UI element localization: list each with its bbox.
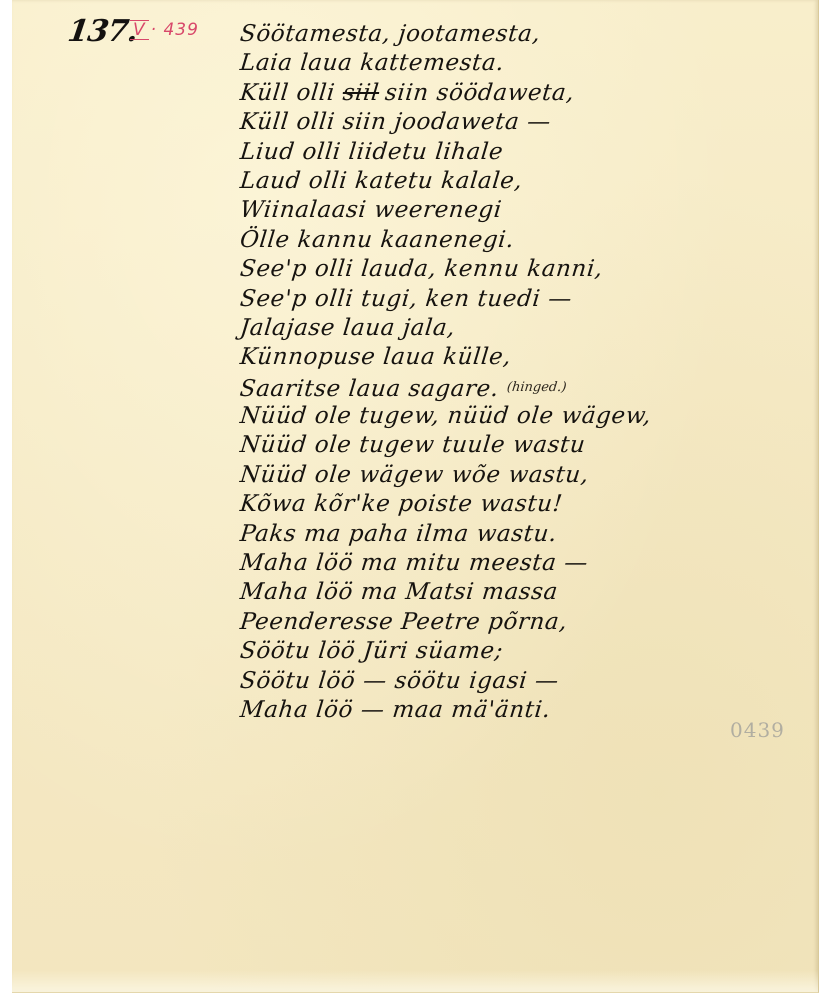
poem-line: Laia laua kattemesta.: [238, 49, 801, 78]
poem-line: Künnopuse laua külle,: [238, 343, 801, 372]
poem-line: Küll olli siin joodaweta —: [238, 108, 801, 137]
poem-line: See'p olli tugi, ken tuedi —: [238, 285, 801, 314]
paper-edge: [12, 970, 818, 992]
poem-line: Söötamesta, jootamesta,: [238, 20, 801, 49]
archive-reference-volume: V: [130, 20, 149, 40]
poem-line: Jalajase laua jala,: [238, 314, 801, 343]
archive-reference: V· 439: [130, 20, 199, 40]
poem-line: Kõwa kõr'ke poiste wastu!: [238, 490, 801, 519]
poem-line: Küll olli siilsiin söödaweta,: [238, 79, 801, 108]
folio-number: 137.: [66, 14, 140, 49]
poem-line: Maha löö — maa mä'änti.: [238, 696, 801, 725]
poem-line: Wiinalaasi weerenegi: [238, 196, 801, 225]
manuscript-page: 137. V· 439 Söötamesta, jootamesta, Laia…: [12, 0, 819, 993]
archive-reference-number: 439: [163, 20, 198, 40]
poem-line: Söötu löö Jüri süame;: [238, 637, 801, 666]
margin-note: (hinged.): [506, 380, 567, 395]
poem-line: Ölle kannu kaanenegi.: [238, 226, 801, 255]
archive-stamp: 0439: [730, 718, 785, 742]
poem-line: Paks ma paha ilma wastu.: [238, 520, 801, 549]
archive-reference-separator: ·: [151, 20, 157, 40]
poem-line: See'p olli lauda, kennu kanni,: [238, 255, 801, 284]
poem-line: Söötu löö — söötu igasi —: [238, 667, 801, 696]
poem-line: Peenderesse Peetre põrna,: [238, 608, 801, 637]
poem-line: Maha löö ma Matsi massa: [238, 578, 801, 607]
poem-line: Nüüd ole tugew tuule wastu: [238, 431, 801, 460]
poem-line: Liud olli liidetu lihale: [238, 138, 801, 167]
poem-line: Nüüd ole wägew wõe wastu,: [238, 461, 801, 490]
poem-line: Nüüd ole tugew, nüüd ole wägew,: [238, 402, 801, 431]
struck-word: siil: [341, 80, 380, 106]
poem-line: Laud olli katetu kalale,: [238, 167, 801, 196]
poem-line: Saaritse laua sagare.(hinged.): [238, 373, 801, 402]
poem-line: Maha löö ma mitu meesta —: [238, 549, 801, 578]
poem-text: Söötamesta, jootamesta, Laia laua kattem…: [240, 20, 800, 725]
